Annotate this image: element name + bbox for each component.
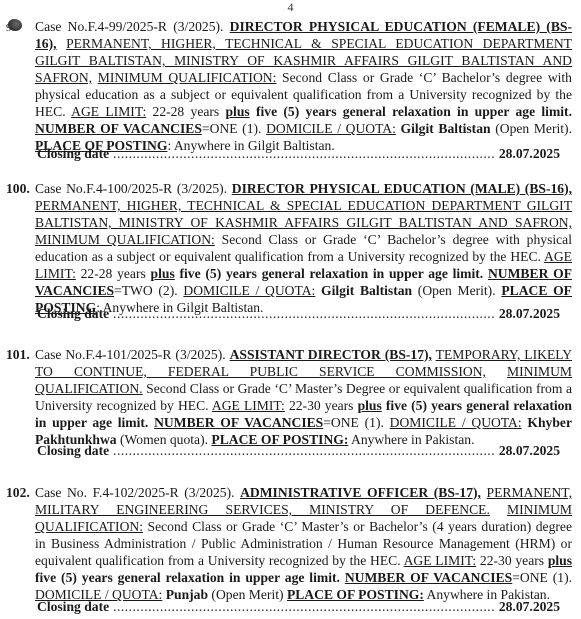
- age-limit-value: 22-28 years: [81, 266, 146, 281]
- plus-label: plus: [548, 553, 572, 568]
- closing-date-value: 28.07.2025: [495, 305, 560, 322]
- closing-date-value: 28.07.2025: [495, 442, 560, 459]
- closing-date-label: Closing date: [37, 442, 495, 459]
- item-number: 102.: [6, 484, 36, 501]
- listing-text: Case No.F.4-101/2025-R (3/2025). ASSISTA…: [35, 346, 572, 448]
- domicile-label: DOMICILE / QUOTA:: [390, 415, 522, 430]
- domicile-value: Gilgit Baltistan: [321, 283, 412, 298]
- relaxation-text: five (5) years general relaxation in upp…: [35, 570, 340, 585]
- vacancies-label: NUMBER OF VACANCIES: [345, 570, 512, 585]
- page-number: 4: [0, 0, 581, 14]
- item-number: 101.: [6, 346, 36, 363]
- item-number: 100.: [6, 180, 36, 197]
- closing-date-row: Closing date 28.07.2025: [37, 305, 560, 322]
- listing-text: Case No.F.4-100/2025-R (3/2025). DIRECTO…: [35, 180, 572, 316]
- listing-text: Case No. F.4-102/2025-R (3/2025). ADMINI…: [35, 484, 572, 603]
- closing-date-row: Closing date 28.07.2025: [37, 598, 560, 615]
- case-number: Case No.F.4-100/2025-R (3/2025).: [35, 181, 227, 196]
- relaxation-text: five (5) years general relaxation in upp…: [256, 104, 572, 119]
- closing-date-value: 28.07.2025: [495, 145, 560, 162]
- closing-date-label: Closing date: [37, 598, 495, 615]
- plus-label: plus: [226, 104, 250, 119]
- quota-note: (Open Merit).: [418, 283, 496, 298]
- domicile-label: DOMICILE / QUOTA:: [183, 283, 315, 298]
- listing-text: Case No.F.4-99/2025-R (3/2025). DIRECTOR…: [35, 18, 572, 154]
- quota-note: (Open Merit).: [495, 121, 572, 136]
- min-qualification-label: MINIMUM QUALIFICATION:: [35, 232, 215, 247]
- domicile-label: DOMICILE / QUOTA:: [266, 121, 396, 136]
- post-title: ADMINISTRATIVE OFFICER (BS-17),: [240, 485, 481, 500]
- vacancies-value: =TWO (2).: [114, 283, 178, 298]
- closing-date-row: Closing date 28.07.2025: [37, 145, 560, 162]
- ink-smudge-icon: [8, 19, 22, 31]
- vacancies-label: NUMBER OF VACANCIES: [35, 121, 202, 136]
- post-title: ASSISTANT DIRECTOR (BS-17),: [230, 347, 432, 362]
- relaxation-text: five (5) years general relaxation in upp…: [180, 266, 484, 281]
- closing-date-value: 28.07.2025: [495, 598, 560, 615]
- vacancies-label: NUMBER OF VACANCIES: [154, 415, 323, 430]
- age-limit-label: AGE LIMIT:: [212, 398, 285, 413]
- age-limit-value: 22-28 years: [153, 104, 220, 119]
- vacancies-value: =ONE (1).: [323, 415, 384, 430]
- min-qualification-label: MINIMUM QUALIFICATION:: [98, 70, 277, 85]
- age-limit-label: AGE LIMIT:: [71, 104, 146, 119]
- closing-date-label: Closing date: [37, 145, 495, 162]
- plus-label: plus: [151, 266, 175, 281]
- age-limit-value: 22-30 years: [289, 398, 354, 413]
- vacancies-value: =ONE (1).: [202, 121, 262, 136]
- case-number: Case No. F.4-102/2025-R (3/2025).: [35, 485, 235, 500]
- case-number: Case No.F.4-101/2025-R (3/2025).: [35, 347, 226, 362]
- vacancies-value: =ONE (1).: [512, 570, 572, 585]
- age-limit-value: 22-30 years: [480, 553, 544, 568]
- case-number: Case No.F.4-99/2025-R (3/2025).: [35, 19, 223, 34]
- closing-date-row: Closing date 28.07.2025: [37, 442, 560, 459]
- domicile-value: Gilgit Baltistan: [401, 121, 491, 136]
- plus-label: plus: [358, 398, 382, 413]
- post-details: PERMANENT, HIGHER, TECHNICAL & SPECIAL E…: [35, 198, 572, 230]
- closing-date-label: Closing date: [37, 305, 495, 322]
- post-title: DIRECTOR PHYSICAL EDUCATION (MALE) (BS-1…: [232, 181, 572, 196]
- age-limit-label: AGE LIMIT:: [404, 553, 477, 568]
